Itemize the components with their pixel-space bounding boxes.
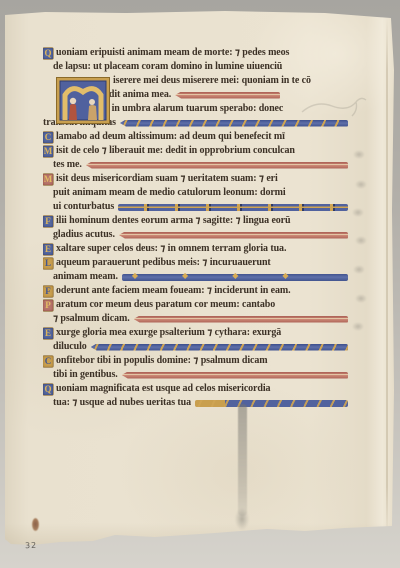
line-text: fidit anima mea.: [103, 88, 171, 102]
text-line: Foderunt ante faciem meam foueam: ⁊ inci…: [43, 284, 348, 298]
leaf-bottom-shading: [5, 523, 394, 549]
line-text: tua: ⁊ usque ad nubes ueritas tua: [53, 396, 191, 410]
text-line: Quoniam eripuisti animam meam de morte: …: [43, 46, 348, 60]
text-line: animam meam.: [53, 270, 348, 284]
margin-ghost-mark: [353, 265, 365, 274]
text-line: Misit de celo ⁊ liberauit me: dedit in o…: [43, 144, 348, 158]
margin-ghost-mark: [352, 322, 364, 331]
line-filler-blue-bars: [118, 204, 348, 211]
line-text: ⁊ psalmum dicam.: [53, 312, 130, 326]
line-filler-red: [119, 232, 348, 239]
line-filler-red: [86, 162, 348, 169]
line-text: ilii hominum dentes eorum arma ⁊ sagitte…: [56, 214, 290, 228]
text-line: de lapsu: ut placeam coram domino in lum…: [53, 60, 348, 74]
verse-initial: P: [43, 300, 53, 311]
verse-initial: F: [43, 216, 53, 227]
text-line: Paratum cor meum deus paratum cor meum: …: [43, 298, 348, 312]
text-line: Clamabo ad deum altissimum: ad deum qui …: [43, 130, 348, 144]
text-line: diluculo: [53, 340, 348, 354]
verse-initial: M: [43, 174, 53, 185]
verse-initial: E: [43, 244, 53, 255]
text-line: tes me.: [53, 158, 348, 172]
verse-initial: C: [43, 132, 53, 143]
line-text: xurge gloria mea exurge psalterium ⁊ cyt…: [56, 326, 281, 340]
text-line: Confitebor tibi in populis domine: ⁊ psa…: [43, 354, 348, 368]
line-text: xaltare super celos deus: ⁊ in omnem ter…: [56, 242, 286, 256]
line-text: gladius acutus.: [53, 228, 115, 242]
line-filler-red: [134, 316, 348, 323]
text-line: Quoniam magnificata est usque ad celos m…: [43, 382, 348, 396]
line-text: tes me.: [53, 158, 82, 172]
line-text: puit animam meam de medio catulorum leon…: [53, 186, 286, 200]
line-text: lamabo ad deum altissimum: ad deum qui b…: [56, 130, 285, 144]
verse-initial: E: [43, 328, 53, 339]
text-line: Filii hominum dentes eorum arma ⁊ sagitt…: [43, 214, 348, 228]
margin-ghost-mark: [355, 180, 367, 189]
margin-ghost-mark: [355, 236, 367, 245]
text-line: tibi in gentibus.: [53, 368, 348, 382]
line-filler-blue-diamonds: [122, 274, 348, 281]
margin-ghost-mark: [353, 150, 365, 159]
verse-initial: C: [43, 356, 53, 367]
text-line: Misit deus misericordiam suam ⁊ ueritate…: [43, 172, 348, 186]
text-line: ui conturbatus: [53, 200, 348, 214]
verse-initial: Q: [43, 48, 53, 59]
leaf-edge-highlight: [386, 18, 388, 538]
line-text: aratum cor meum deus paratum cor meum: c…: [56, 298, 275, 312]
line-filler-blue-wave: [91, 344, 348, 351]
text-line: tua: ⁊ usque ad nubes ueritas tua: [53, 396, 348, 410]
line-filler-red: [122, 372, 348, 379]
line-text: isit deus misericordiam suam ⁊ ueritatem…: [56, 172, 278, 186]
line-text: uoniam magnificata est usque ad celos mi…: [56, 382, 270, 396]
verse-initial: F: [43, 286, 53, 297]
text-line: iserere mei deus miserere mei: quoniam i…: [113, 74, 348, 88]
line-text: de lapsu: ut placeam coram domino in lum…: [53, 60, 282, 74]
line-text: animam meam.: [53, 270, 118, 284]
line-text: onfitebor tibi in populis domine: ⁊ psal…: [56, 354, 267, 368]
text-line: gladius acutus.: [53, 228, 348, 242]
text-line: Exaltare super celos deus: ⁊ in omnem te…: [43, 242, 348, 256]
verse-initial: M: [43, 146, 53, 157]
margin-ghost-mark: [355, 294, 367, 303]
line-text: t in umbra alarum tuarum sperabo: donec: [106, 102, 283, 116]
line-filler-gold-blue: [195, 400, 348, 407]
historiated-initial-artwork: [56, 77, 110, 124]
line-text: diluculo: [53, 340, 87, 354]
line-text: oderunt ante faciem meam foueam: ⁊ incid…: [56, 284, 291, 298]
line-text: tibi in gentibus.: [53, 368, 118, 382]
line-filler-red: [175, 92, 280, 99]
line-text: ui conturbatus: [53, 200, 114, 214]
photograph-background: Quoniam eripuisti animam meam de morte: …: [0, 0, 400, 568]
margin-ghost-mark: [352, 208, 364, 217]
line-text: isit de celo ⁊ liberauit me: dedit in op…: [56, 144, 295, 158]
line-text: iserere mei deus miserere mei: quoniam i…: [113, 74, 311, 88]
line-text: uoniam eripuisti animam meam de morte: ⁊…: [56, 46, 289, 60]
text-line: Laqueum parauerunt pedibus meis: ⁊ incur…: [43, 256, 348, 270]
manuscript-leaf: Quoniam eripuisti animam meam de morte: …: [5, 10, 394, 555]
historiated-initial-M: [56, 77, 110, 124]
text-line: Exurge gloria mea exurge psalterium ⁊ cy…: [43, 326, 348, 340]
verse-initial: Q: [43, 384, 53, 395]
text-line: fidit anima mea.: [103, 88, 280, 102]
pencil-folio-number: 32: [25, 541, 37, 550]
text-line: puit animam meam de medio catulorum leon…: [53, 186, 348, 200]
text-line: ⁊ psalmum dicam.: [53, 312, 348, 326]
line-text: aqueum parauerunt pedibus meis: ⁊ incuru…: [56, 256, 271, 270]
ghost-offset-curl: [298, 90, 370, 126]
verse-initial: L: [43, 258, 53, 269]
ghost-offset-bar: [238, 404, 247, 516]
